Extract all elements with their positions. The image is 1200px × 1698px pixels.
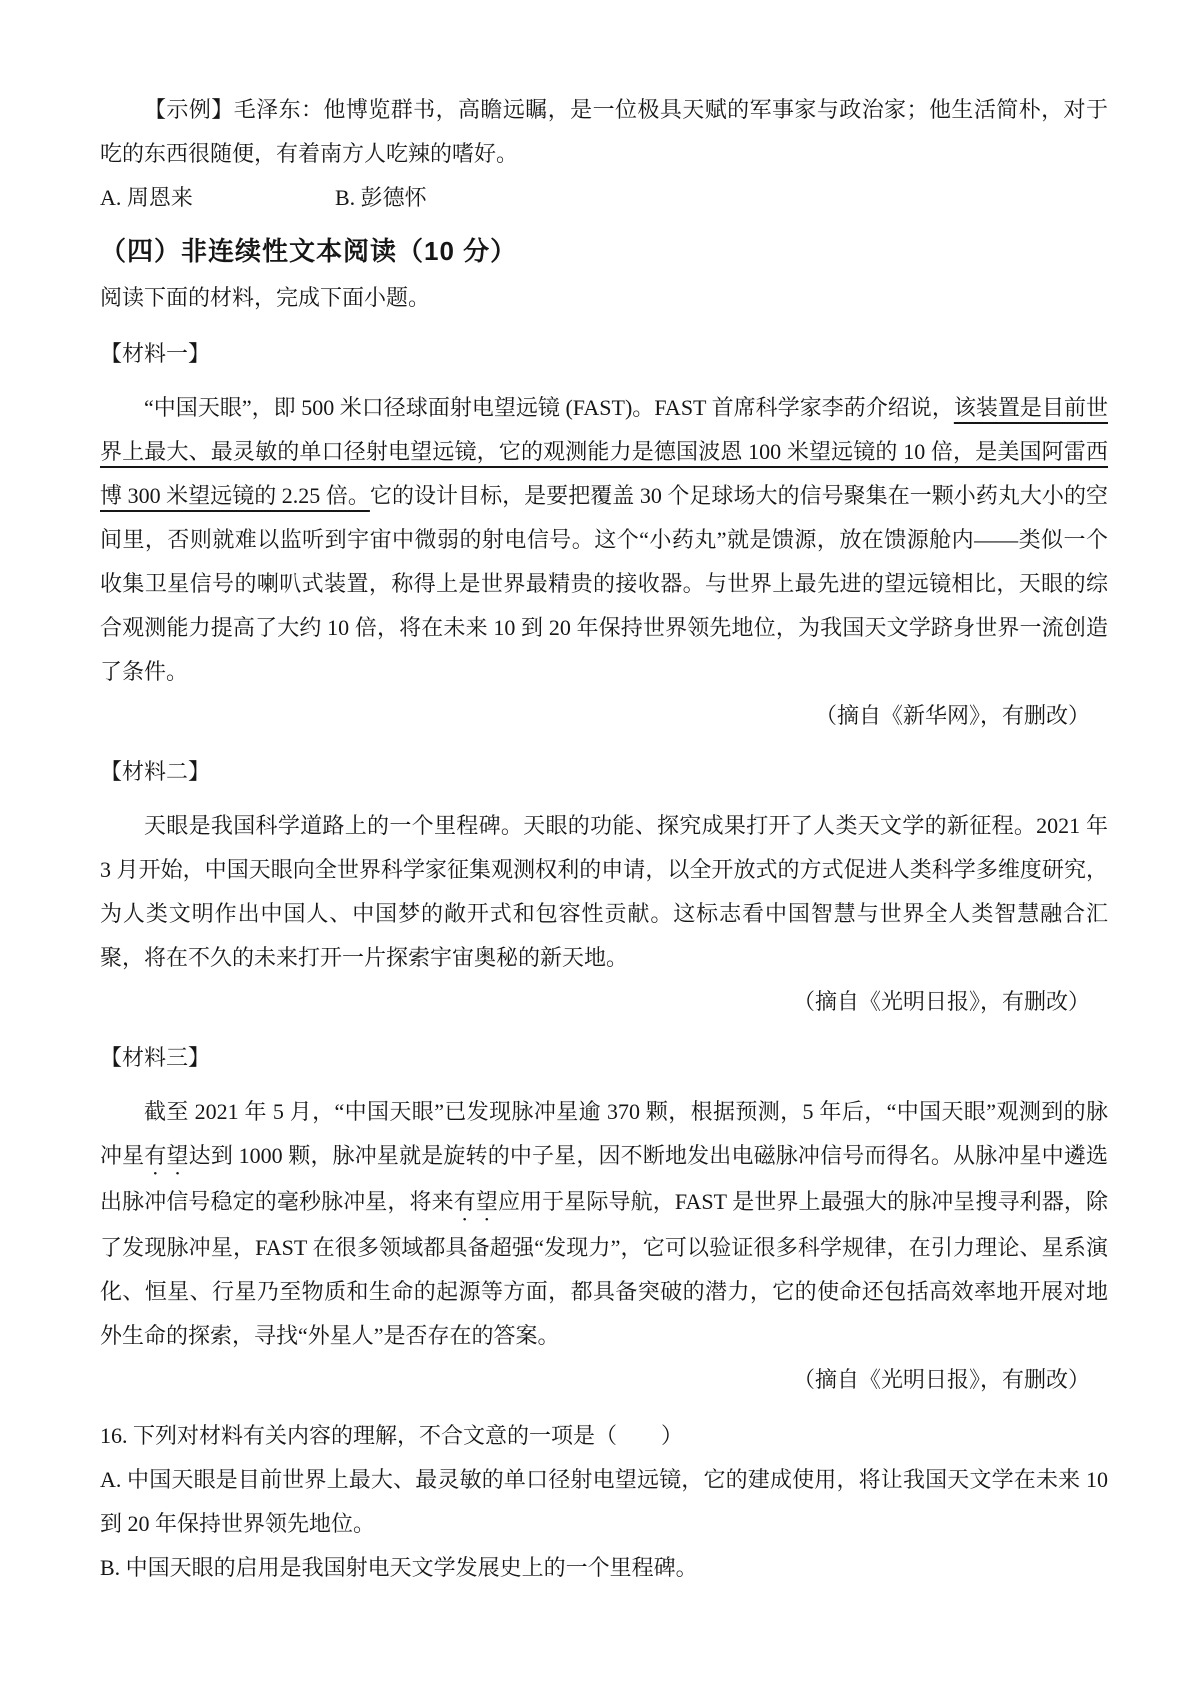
example-choice-b: B. 彭德怀 [335, 185, 427, 210]
text-segment: “中国天眼”，即 500 米口径球面射电望远镜 (FAST)。FAST 首席科学… [144, 395, 954, 420]
material-3-label: 【材料三】 [100, 1036, 1108, 1080]
question-16-option-a: A. 中国天眼是目前世界上最大、最灵敏的单口径射电望远镜，它的建成使用，将让我国… [100, 1458, 1108, 1546]
question-16-option-b: B. 中国天眼的启用是我国射电天文学发展史上的一个里程碑。 [100, 1546, 1108, 1590]
material-3-attribution: （摘自《光明日报》，有删改） [100, 1358, 1108, 1402]
example-choices-row: A. 周恩来B. 彭德怀 [100, 176, 1108, 220]
text-segment: 它的设计目标，是要把覆盖 30 个足球场大的信号聚集在一颗小药丸大小的空间里，否… [100, 483, 1108, 684]
material-1-label: 【材料一】 [100, 332, 1108, 376]
text-segment-emphasis: 有望 [144, 1143, 188, 1168]
material-3-paragraph: 截至 2021 年 5 月，“中国天眼”已发现脉冲星逾 370 颗，根据预测，5… [100, 1090, 1108, 1358]
exam-document-page: 【示例】毛泽东：他博览群书，高瞻远瞩，是一位极具天赋的军事家与政治家；他生活简朴… [0, 0, 1200, 1698]
section-heading: （四）非连续性文本阅读（10 分） [100, 226, 1108, 276]
material-2-paragraph: 天眼是我国科学道路上的一个里程碑。天眼的功能、探究成果打开了人类天文学的新征程。… [100, 804, 1108, 980]
example-paragraph: 【示例】毛泽东：他博览群书，高瞻远瞩，是一位极具天赋的军事家与政治家；他生活简朴… [100, 88, 1108, 176]
example-choice-a: A. 周恩来 [100, 176, 335, 220]
text-segment: 天眼是我国科学道路上的一个里程碑。天眼的功能、探究成果打开了人类天文学的新征程。… [100, 813, 1108, 970]
material-2-attribution: （摘自《光明日报》，有删改） [100, 980, 1108, 1024]
material-2-label: 【材料二】 [100, 750, 1108, 794]
question-16-stem: 16. 下列对材料有关内容的理解，不合文意的一项是（ ） [100, 1414, 1108, 1458]
material-1-paragraph: “中国天眼”，即 500 米口径球面射电望远镜 (FAST)。FAST 首席科学… [100, 386, 1108, 694]
reading-instruction: 阅读下面的材料，完成下面小题。 [100, 276, 1108, 320]
material-1-attribution: （摘自《新华网》，有删改） [100, 694, 1108, 738]
text-segment-emphasis: 有望 [454, 1189, 498, 1214]
